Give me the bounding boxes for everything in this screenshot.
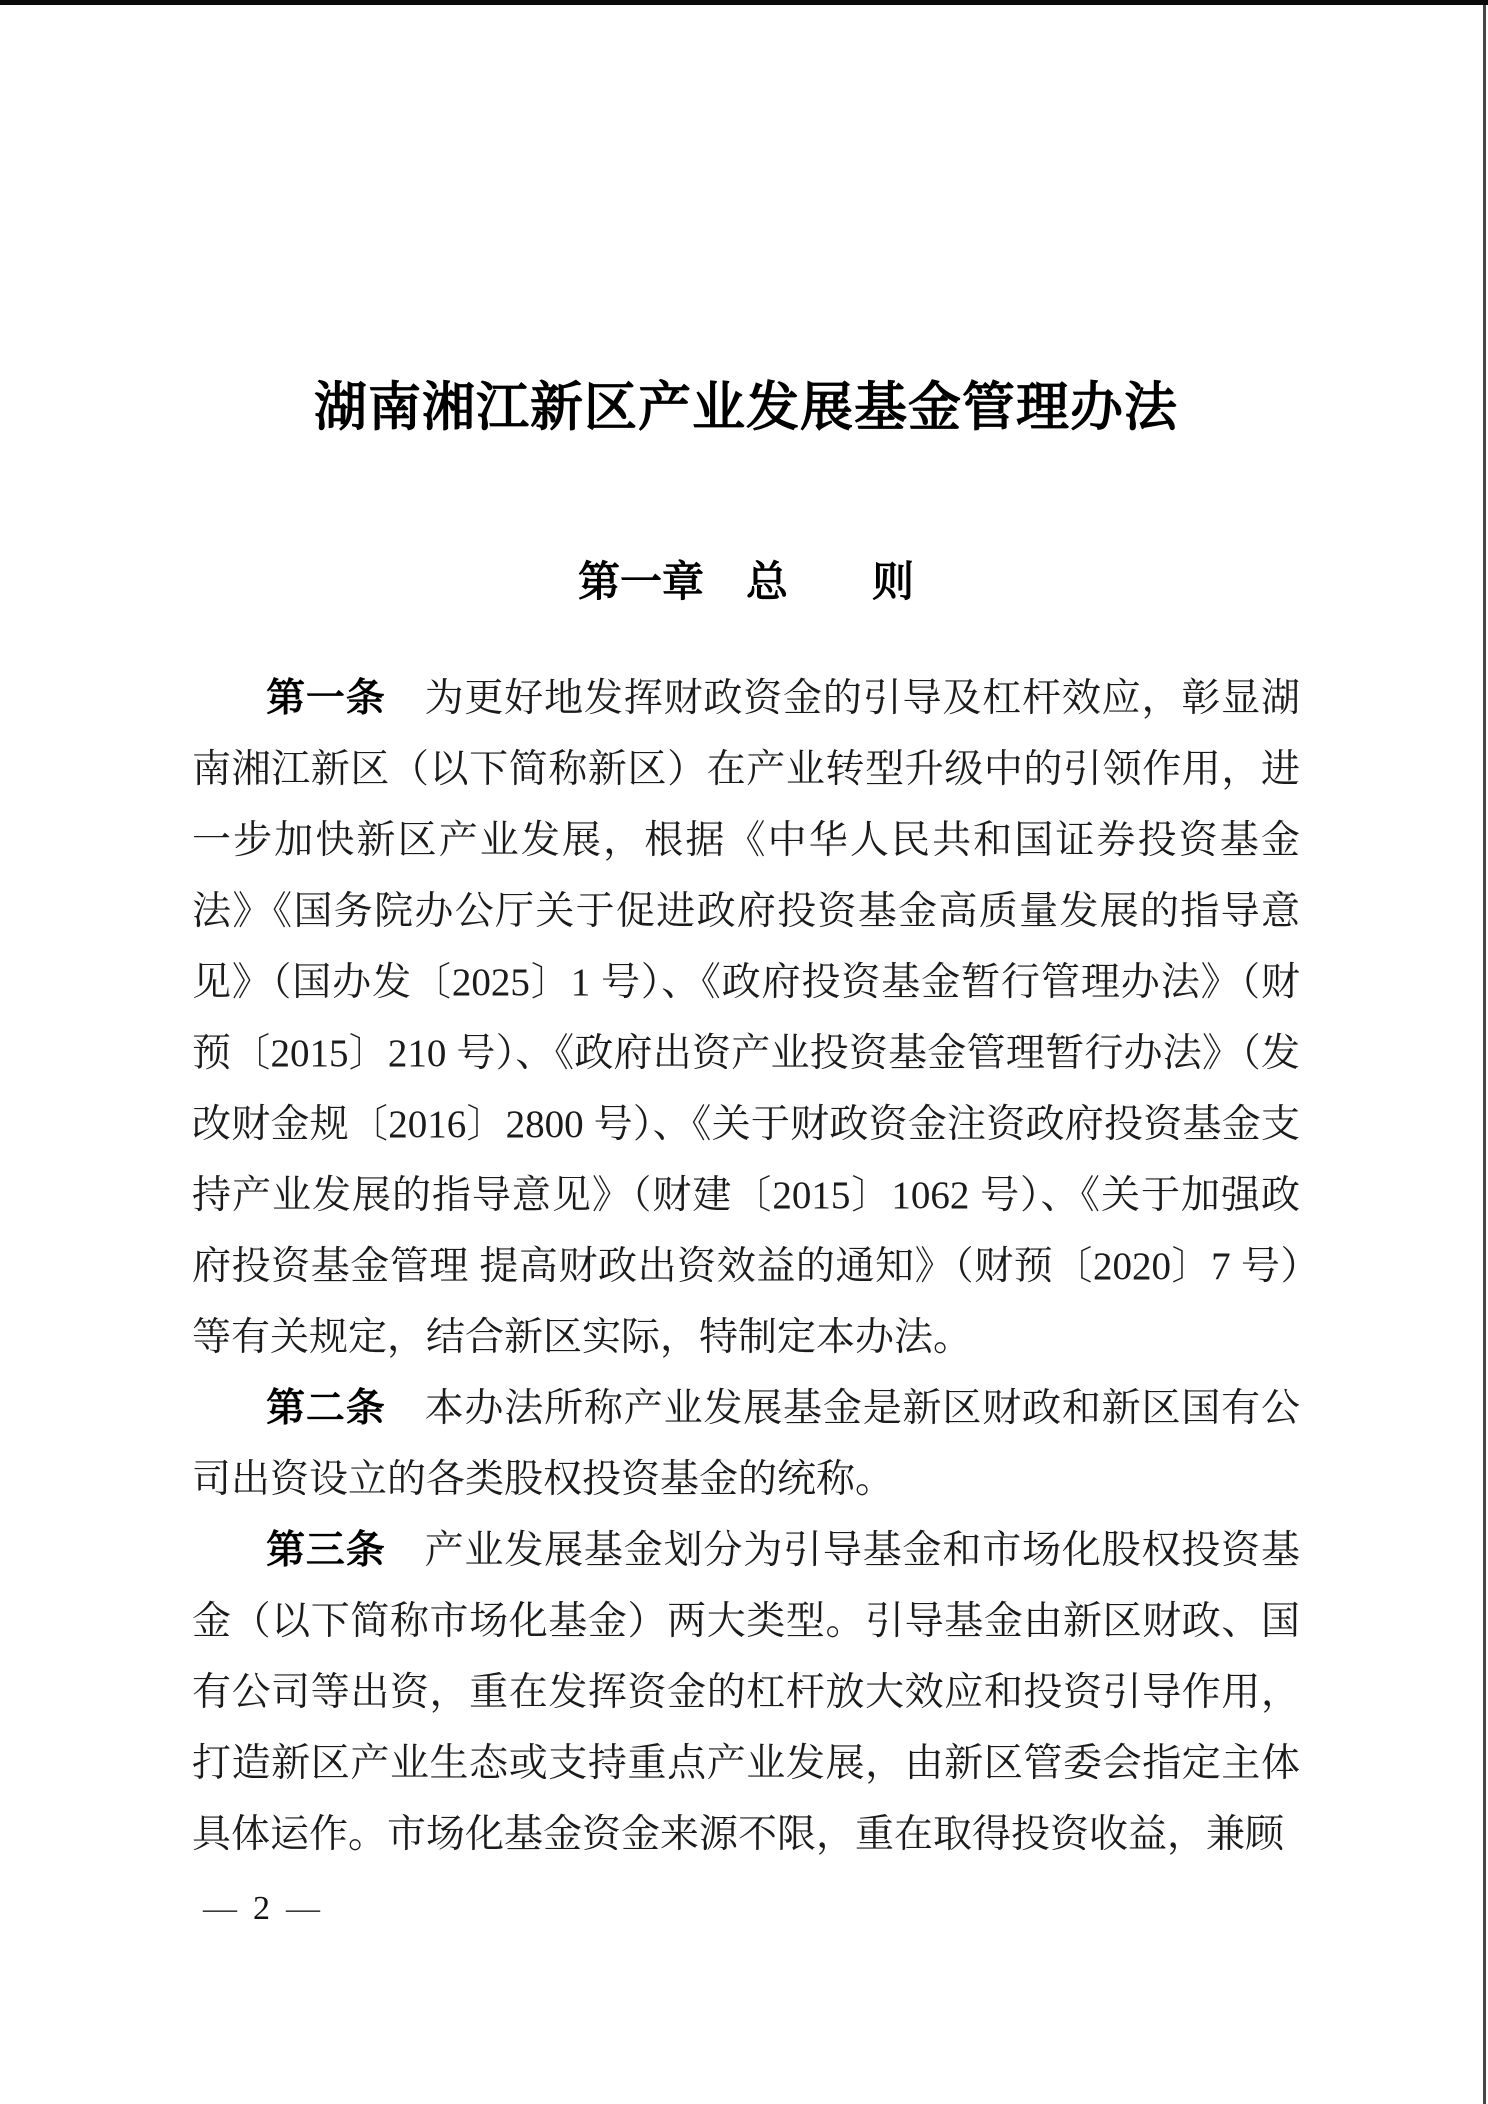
footer-dash-right: — (286, 1890, 320, 1927)
page-footer: —2— (203, 1892, 320, 1926)
document-title: 湖南湘江新区产业发展基金管理办法 (192, 382, 1300, 435)
article-paragraph: 第三条产业发展基金划分为引导基金和市场化股权投资基金（以下简称市场化基金）两大类… (192, 1515, 1300, 1870)
footer-dash-left: — (203, 1890, 237, 1927)
footer-page-number: 2 (253, 1892, 270, 1926)
chapter-heading: 第一章 总 则 (192, 561, 1300, 603)
article-text: 为更好地发挥财政资金的引导及杠杆效应，彰显湖南湘江新区（以下简称新区）在产业转型… (192, 677, 1300, 1359)
document-body: 第一条为更好地发挥财政资金的引导及杠杆效应，彰显湖南湘江新区（以下简称新区）在产… (192, 663, 1300, 1870)
article-label: 第三条 (266, 1529, 386, 1572)
article-paragraph: 第二条本办法所称产业发展基金是新区财政和新区国有公司出资设立的各类股权投资基金的… (192, 1373, 1300, 1515)
article-label: 第一条 (266, 677, 386, 720)
article-paragraph: 第一条为更好地发挥财政资金的引导及杠杆效应，彰显湖南湘江新区（以下简称新区）在产… (192, 663, 1300, 1373)
document-page: 湖南湘江新区产业发展基金管理办法 第一章 总 则 第一条为更好地发挥财政资金的引… (0, 0, 1488, 2104)
document-content: 湖南湘江新区产业发展基金管理办法 第一章 总 则 第一条为更好地发挥财政资金的引… (192, 0, 1300, 1870)
scan-edge-right (1483, 5, 1486, 2104)
article-text: 产业发展基金划分为引导基金和市场化股权投资基金（以下简称市场化基金）两大类型。引… (192, 1529, 1300, 1856)
article-label: 第二条 (266, 1387, 386, 1430)
